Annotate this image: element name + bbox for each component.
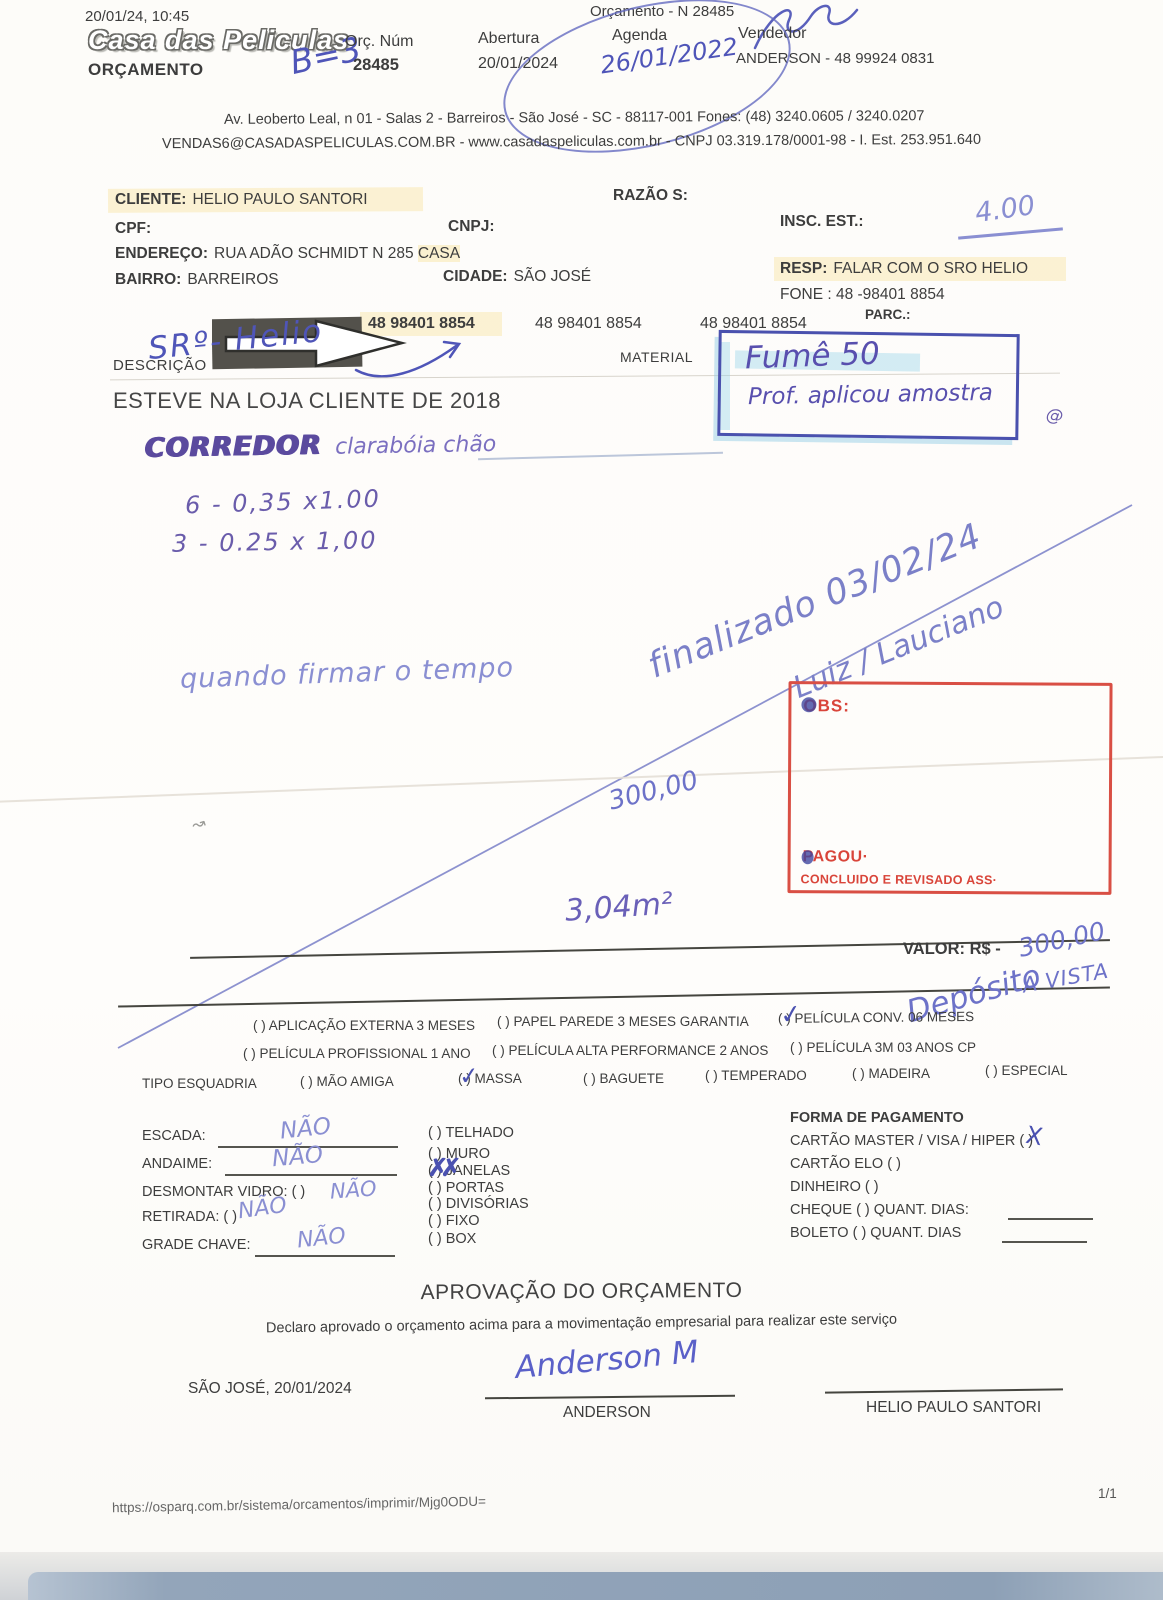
- payment-dinheiro: DINHEIRO ( ): [790, 1179, 879, 1195]
- endereco-row: ENDEREÇO:RUA ADÃO SCHMIDT N 285 CASA: [115, 245, 460, 263]
- escada-label: ESCADA:: [142, 1128, 206, 1144]
- approval-declaration: Declaro aprovado o orçamento acima para …: [0, 1308, 1163, 1340]
- cidade-row: CIDADE:SÃO JOSÉ: [443, 268, 591, 286]
- boleto-line: [1002, 1241, 1087, 1243]
- scan-bottom-strip: [28, 1572, 1163, 1600]
- parc-label: PARC.:: [865, 307, 911, 322]
- resp-value: FALAR COM O SRO HELIO: [833, 260, 1028, 277]
- address-line1: Av. Leoberto Leal, n 01 - Salas 2 - Barr…: [224, 108, 925, 128]
- hw-finalizado: finalizado 03/02/24: [643, 516, 988, 686]
- address-line2: VENDAS6@CASADASPELICULAS.COM.BR - www.ca…: [162, 132, 981, 152]
- cnpj-label: CNPJ:: [448, 218, 495, 236]
- hw-at-mark: @: [1045, 405, 1065, 427]
- insc-underline: [958, 227, 1063, 239]
- fone-row: FONE : 48 -98401 8854: [780, 286, 945, 304]
- check-pelicula-conv: ✓: [778, 999, 804, 1032]
- hw-corredor-rest: clarabóia chão: [335, 432, 497, 460]
- signature-name-1: ANDERSON: [563, 1404, 651, 1422]
- hw-corredor: CORREDOR clarabóia chão: [145, 427, 497, 464]
- abertura-label: Abertura: [478, 30, 539, 48]
- surface-portas: ( ) PORTAS: [428, 1180, 504, 1196]
- signature-line-1: [485, 1395, 735, 1400]
- hw-valor-value: 300,00: [1016, 916, 1108, 963]
- option-madeira: ( ) MADEIRA: [852, 1066, 930, 1081]
- cliente-value: HELIO PAULO SANTORI: [192, 191, 367, 208]
- hw-desmontar-nao: NÃO: [329, 1176, 377, 1203]
- andaime-label: ANDAIME:: [142, 1156, 212, 1172]
- hw-material-line2: Prof. aplicou amostra: [748, 380, 993, 410]
- grade-line: [255, 1255, 395, 1257]
- concluido-label: CONCLUIDO E REVISADO ASS·: [800, 872, 997, 887]
- signature-line-2: [825, 1388, 1063, 1393]
- andaime-line: [225, 1174, 397, 1176]
- hw-measure-2: 3 - 0.25 x 1,00: [172, 526, 378, 558]
- print-timestamp: 20/01/24, 10:45: [85, 8, 189, 25]
- resp-row: RESP:FALAR COM O SRO HELIO: [780, 260, 1028, 278]
- obs-stamp-box: OBS: PAGOU· CONCLUIDO E REVISADO ASS·: [787, 681, 1112, 895]
- bairro-label: BAIRRO:: [115, 271, 181, 288]
- hw-signature-anderson: Anderson M: [514, 1334, 700, 1386]
- x-janelas: ✗: [427, 1153, 440, 1182]
- option-3m: ( ) PELÍCULA 3M 03 ANOS CP: [790, 1040, 976, 1055]
- payment-master: CARTÃO MASTER / VISA / HIPER ( ): [790, 1133, 1033, 1149]
- option-especial: ( ) ESPECIAL: [985, 1063, 1068, 1078]
- x-master: X: [1024, 1121, 1045, 1151]
- surface-telhado: ( ) TELHADO: [428, 1125, 514, 1141]
- razao-label: RAZÃO S:: [613, 187, 688, 205]
- resp-label: RESP:: [780, 260, 827, 277]
- pen-loop: [487, 0, 806, 179]
- grade-chave-label: GRADE CHAVE:: [142, 1237, 251, 1253]
- city-date: SÃO JOSÉ, 20/01/2024: [188, 1380, 352, 1398]
- phone-2: 48 98401 8854: [535, 315, 642, 333]
- doc-type: ORÇAMENTO: [88, 60, 204, 80]
- cpf-label: CPF:: [115, 220, 151, 238]
- hw-material-line1: Fumê 50: [744, 336, 880, 377]
- approval-title: APROVAÇÃO DO ORÇAMENTO: [0, 1276, 1163, 1308]
- payment-title: FORMA DE PAGAMENTO: [790, 1110, 964, 1126]
- cliente-label: CLIENTE:: [115, 191, 186, 208]
- pen-blob-pagou: [802, 850, 814, 864]
- bairro-row: BAIRRO:BARREIROS: [115, 271, 279, 289]
- descricao-label: DESCRIÇÃO: [113, 357, 207, 374]
- pen-blob-obs: [801, 697, 816, 712]
- footer-url: https://osparq.com.br/sistema/orcamentos…: [112, 1494, 486, 1516]
- surface-divisorias: ( ) DIVISÓRIAS: [428, 1196, 529, 1212]
- hw-andaime-nao: NÃO: [271, 1142, 324, 1172]
- insc-label: INSC. EST.:: [780, 213, 864, 231]
- description-text: ESTEVE NA LOJA CLIENTE DE 2018: [113, 388, 501, 414]
- insc-handwritten: 4.00: [973, 190, 1037, 229]
- cidade-label: CIDADE:: [443, 268, 508, 285]
- hw-grade-nao: NÃO: [296, 1224, 347, 1254]
- page-number: 1/1: [1098, 1486, 1117, 1501]
- endereco-label: ENDEREÇO:: [115, 245, 208, 262]
- orc-num-label: Orç. Núm: [345, 33, 413, 51]
- hw-measure-1: 6 - 0,35 x1.00: [185, 485, 382, 520]
- surface-fixo: ( ) FIXO: [428, 1213, 480, 1229]
- cliente-row: CLIENTE:HELIO PAULO SANTORI: [115, 191, 368, 209]
- pencil-mark: ↝: [189, 812, 208, 835]
- option-aplicacao-externa: ( ) APLICAÇÃO EXTERNA 3 MESES: [253, 1018, 475, 1033]
- retirada-label: RETIRADA: ( ): [142, 1209, 237, 1225]
- hw-300: 300,00: [606, 765, 702, 816]
- orc-num-value: 28485: [353, 56, 399, 75]
- payment-elo: CARTÃO ELO ( ): [790, 1156, 901, 1172]
- endereco-value-b: CASA: [418, 245, 460, 262]
- option-temperado: ( ) TEMPERADO: [705, 1068, 807, 1083]
- valor-label: VALOR: R$ -: [903, 940, 1001, 959]
- hw-quando: quando firmar o tempo: [180, 652, 515, 695]
- signature-name-2: HELIO PAULO SANTORI: [866, 1399, 1041, 1417]
- hw-corredor-word: CORREDOR: [145, 430, 322, 464]
- cheque-line: [1008, 1218, 1093, 1220]
- option-alta-performance: ( ) PELÍCULA ALTA PERFORMANCE 2 ANOS: [492, 1043, 768, 1058]
- hw-underline-faint: [478, 452, 723, 460]
- material-label: MATERIAL: [620, 349, 693, 365]
- option-profissional: ( ) PELÍCULA PROFISSIONAL 1 ANO: [243, 1046, 471, 1061]
- check-massa: ✓: [458, 1061, 481, 1091]
- hw-retirada-nao: NÃO: [236, 1193, 288, 1225]
- surface-box: ( ) BOX: [428, 1231, 476, 1247]
- hw-escada-nao: NÃO: [279, 1113, 332, 1144]
- option-baguete: ( ) BAGUETE: [583, 1071, 664, 1086]
- x-janelas-2: ✗: [440, 1153, 461, 1182]
- payment-cheque: CHEQUE ( ) QUANT. DIAS:: [790, 1202, 969, 1218]
- option-mao-amiga: ( ) MÃO AMIGA: [300, 1074, 394, 1089]
- option-papel-parede: ( ) PAPEL PAREDE 3 MESES GARANTIA: [497, 1014, 749, 1029]
- hw-area: 3,04m²: [564, 886, 674, 928]
- scanned-budget-document: 20/01/24, 10:45 Orçamento - N 28485 Casa…: [0, 0, 1163, 1600]
- cidade-value: SÃO JOSÉ: [514, 268, 592, 285]
- bairro-value: BARREIROS: [187, 271, 278, 288]
- endereco-value-a: RUA ADÃO SCHMIDT N 285: [214, 245, 414, 262]
- payment-boleto: BOLETO ( ) QUANT. DIAS: [790, 1225, 961, 1241]
- option-pelicula-conv: ( ) PELÍCULA CONV. 06 MESES: [778, 1009, 974, 1026]
- tipo-esquadria-label: TIPO ESQUADRIA: [142, 1076, 257, 1091]
